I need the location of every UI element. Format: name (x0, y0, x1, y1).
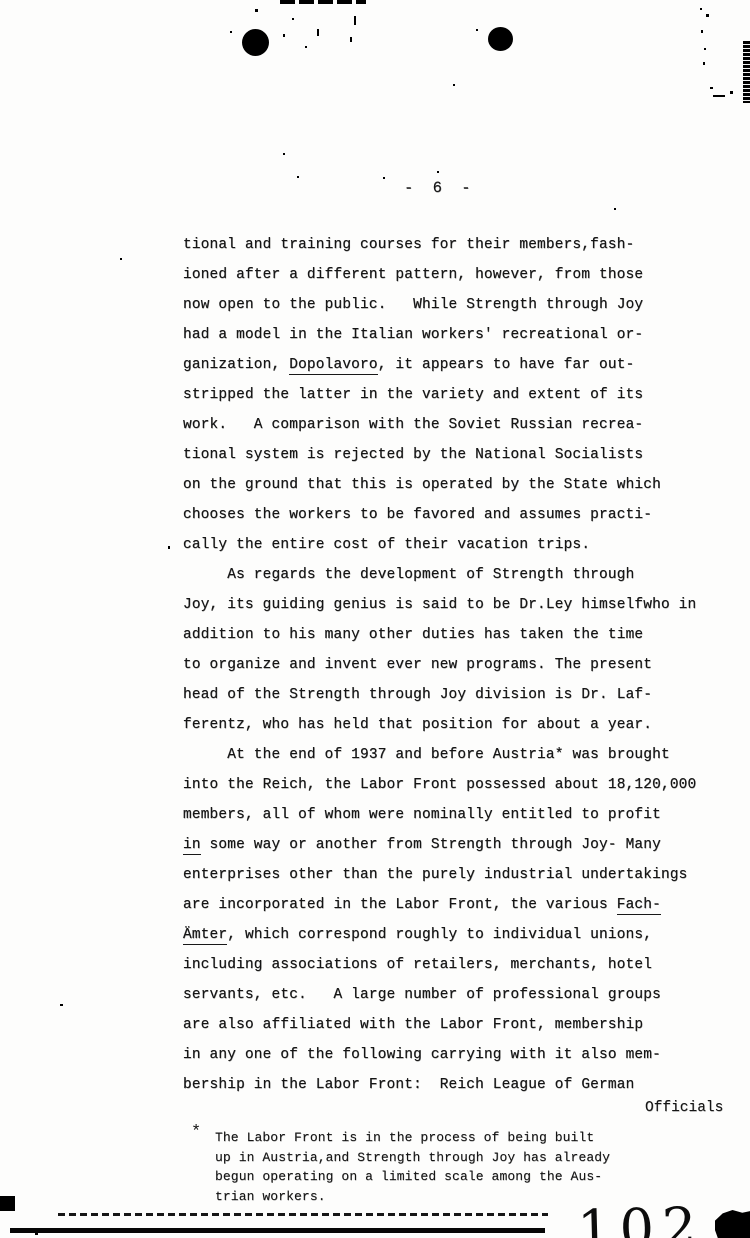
footnote-line: trian workers. (215, 1187, 635, 1207)
text-line: stripped the latter in the variety and e… (183, 380, 723, 410)
text-line: addition to his many other duties has ta… (183, 620, 723, 650)
punch-hole-right-icon (488, 27, 513, 51)
handwritten-page-stamp: 102 (577, 1198, 708, 1238)
scan-speck (704, 48, 706, 50)
text-line: chooses the workers to be favored and as… (183, 500, 723, 530)
scan-speck (292, 18, 294, 20)
scan-speck (614, 208, 616, 210)
text-line: head of the Strength through Joy divisio… (183, 680, 723, 710)
text-line: servants, etc. A large number of profess… (183, 980, 723, 1010)
text-line: into the Reich, the Labor Front possesse… (183, 770, 723, 800)
text-line: enterprises other than the purely indust… (183, 860, 723, 890)
scan-speck (710, 87, 713, 89)
scan-speck (255, 9, 258, 12)
scan-speck (283, 153, 285, 155)
scan-speck (350, 37, 352, 42)
scan-speck (35, 1233, 38, 1235)
text-line: Ämter, which correspond roughly to indiv… (183, 920, 723, 950)
overflow-word: Officials (645, 1100, 723, 1116)
text-line: on the ground that this is operated by t… (183, 470, 723, 500)
page-number: - 6 - (404, 179, 476, 197)
text-line: Joy, its guiding genius is said to be Dr… (183, 590, 723, 620)
scan-speck (437, 171, 439, 173)
top-edge-mark (280, 0, 366, 4)
text-line: cally the entire cost of their vacation … (183, 530, 723, 560)
footnote-lines: The Labor Front is in the process of bei… (215, 1128, 635, 1206)
scan-speck (168, 546, 170, 549)
body-text: tional and training courses for their me… (183, 230, 723, 1100)
scan-speck (120, 258, 122, 260)
scan-speck (383, 177, 385, 179)
scan-speck (701, 30, 703, 33)
scan-speck (60, 1004, 63, 1006)
text-line: tional and training courses for their me… (183, 230, 723, 260)
text-line: to organize and invent ever new programs… (183, 650, 723, 680)
scan-speck (713, 95, 725, 97)
text-line: At the end of 1937 and before Austria* w… (183, 740, 723, 770)
right-edge-scan-band (743, 41, 750, 103)
scan-speck (354, 16, 356, 25)
bottom-dotted-rule (58, 1213, 548, 1216)
footnote-line: The Labor Front is in the process of bei… (215, 1128, 635, 1148)
bottom-right-scan-blotch (715, 1210, 750, 1238)
text-line: now open to the public. While Strength t… (183, 290, 723, 320)
scanned-document-page: - 6 - tional and training courses for th… (0, 0, 750, 1238)
scan-speck (453, 84, 455, 86)
footnote-line: begun operating on a limited scale among… (215, 1167, 635, 1187)
text-line: had a model in the Italian workers' recr… (183, 320, 723, 350)
text-line: ferentz, who has held that position for … (183, 710, 723, 740)
scan-speck (283, 34, 285, 37)
text-line: ganization, Dopolavoro, it appears to ha… (183, 350, 723, 380)
scan-speck (305, 46, 307, 48)
text-line: ioned after a different pattern, however… (183, 260, 723, 290)
scan-speck (703, 62, 705, 65)
scan-speck (706, 14, 709, 17)
scan-speck (730, 91, 733, 94)
scan-speck (297, 176, 299, 178)
footnote-asterisk: * (191, 1123, 201, 1142)
scan-speck (476, 29, 478, 31)
text-line: As regards the development of Strength t… (183, 560, 723, 590)
punch-hole-left-icon (242, 29, 269, 56)
text-line: are also affiliated with the Labor Front… (183, 1010, 723, 1040)
scan-speck (700, 8, 702, 10)
footnote-line: up in Austria,and Strength through Joy h… (215, 1148, 635, 1168)
text-line: including associations of retailers, mer… (183, 950, 723, 980)
text-line: work. A comparison with the Soviet Russi… (183, 410, 723, 440)
text-line: members, all of whom were nominally enti… (183, 800, 723, 830)
bottom-left-scan-mark (0, 1196, 15, 1211)
text-line: are incorporated in the Labor Front, the… (183, 890, 723, 920)
text-line: in some way or another from Strength thr… (183, 830, 723, 860)
scan-speck (230, 31, 232, 33)
text-line: tional system is rejected by the Nationa… (183, 440, 723, 470)
scan-speck (317, 29, 319, 36)
text-line: in any one of the following carrying wit… (183, 1040, 723, 1070)
bottom-solid-rule (10, 1228, 545, 1233)
text-line: bership in the Labor Front: Reich League… (183, 1070, 723, 1100)
